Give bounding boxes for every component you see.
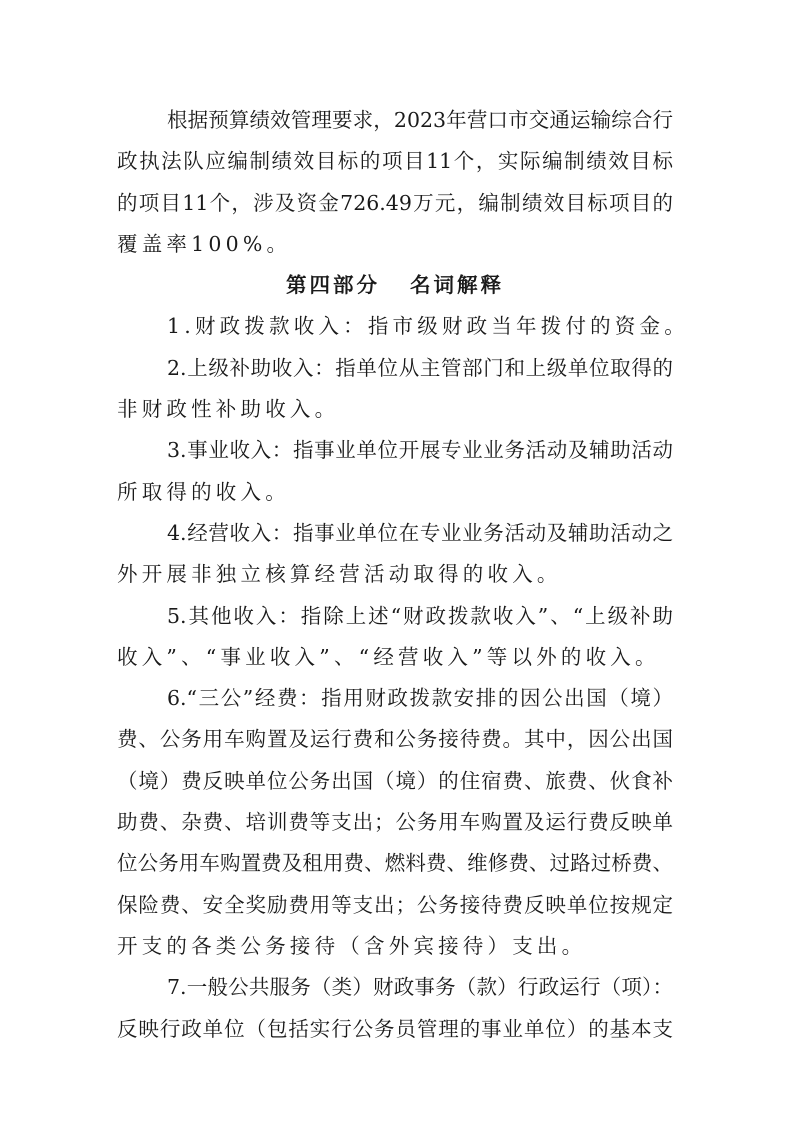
definition-line: 费、公务用车购置及运行费和公务接待费。其中，因公出国: [117, 719, 673, 760]
definition-line: 7.一般公共服务（类）财政事务（款）行政运行（项）：: [117, 967, 673, 1008]
definition-line: （境）费反映单位公务出国（境）的住宿费、旅费、伙食补: [117, 761, 673, 802]
definition-item-2: 2.上级补助收入：指单位从主管部门和上级单位取得的 非财政性补助收入。: [117, 348, 673, 431]
section-heading: 第四部分名词解释: [117, 265, 673, 306]
definition-line: 所取得的收入。: [117, 472, 673, 513]
intro-paragraph: 根据预算绩效管理要求，2023年营口市交通运输综合行 政执法队应编制绩效目标的项…: [117, 100, 673, 265]
definition-line: 位公务用车购置费及租用费、燃料费、维修费、过路过桥费、: [117, 843, 673, 884]
definition-line: 5.其他收入：指除上述“财政拨款收入”、“上级补助: [117, 596, 673, 637]
document-page: 根据预算绩效管理要求，2023年营口市交通运输综合行 政执法队应编制绩效目标的项…: [117, 100, 673, 1050]
definition-item-3: 3.事业收入：指事业单位开展专业业务活动及辅助活动 所取得的收入。: [117, 430, 673, 513]
definition-line: 助费、杂费、培训费等支出；公务用车购置及运行费反映单: [117, 802, 673, 843]
paragraph-line: 根据预算绩效管理要求，2023年营口市交通运输综合行: [117, 100, 673, 141]
definition-line: 非财政性补助收入。: [117, 389, 673, 430]
definition-line: 保险费、安全奖励费用等支出；公务接待费反映单位按规定: [117, 885, 673, 926]
paragraph-line: 政执法队应编制绩效目标的项目11个，实际编制绩效目标: [117, 141, 673, 182]
definition-line: 反映行政单位（包括实行公务员管理的事业单位）的基本支: [117, 1009, 673, 1050]
paragraph-line: 覆盖率100%。: [117, 224, 673, 265]
definition-line: 3.事业收入：指事业单位开展专业业务活动及辅助活动: [117, 430, 673, 471]
definition-line: 1.财政拨款收入：指市级财政当年拨付的资金。: [117, 306, 673, 347]
definition-item-1: 1.财政拨款收入：指市级财政当年拨付的资金。: [117, 306, 673, 347]
definition-line: 4.经营收入：指事业单位在专业业务活动及辅助活动之: [117, 513, 673, 554]
definition-line: 开支的各类公务接待（含外宾接待）支出。: [117, 926, 673, 967]
definition-line: 2.上级补助收入：指单位从主管部门和上级单位取得的: [117, 348, 673, 389]
definition-item-6: 6.“三公”经费：指用财政拨款安排的因公出国（境） 费、公务用车购置及运行费和公…: [117, 678, 673, 967]
section-title: 名词解释: [410, 273, 504, 297]
definition-item-5: 5.其他收入：指除上述“财政拨款收入”、“上级补助 收入”、“事业收入”、“经营…: [117, 596, 673, 679]
definition-item-4: 4.经营收入：指事业单位在专业业务活动及辅助活动之 外开展非独立核算经营活动取得…: [117, 513, 673, 596]
section-part-label: 第四部分: [286, 273, 380, 297]
definition-item-7: 7.一般公共服务（类）财政事务（款）行政运行（项）： 反映行政单位（包括实行公务…: [117, 967, 673, 1050]
paragraph-line: 的项目11个，涉及资金726.49万元，编制绩效目标项目的: [117, 183, 673, 224]
definition-line: 6.“三公”经费：指用财政拨款安排的因公出国（境）: [117, 678, 673, 719]
definition-line: 收入”、“事业收入”、“经营收入”等以外的收入。: [117, 637, 673, 678]
definition-line: 外开展非独立核算经营活动取得的收入。: [117, 554, 673, 595]
